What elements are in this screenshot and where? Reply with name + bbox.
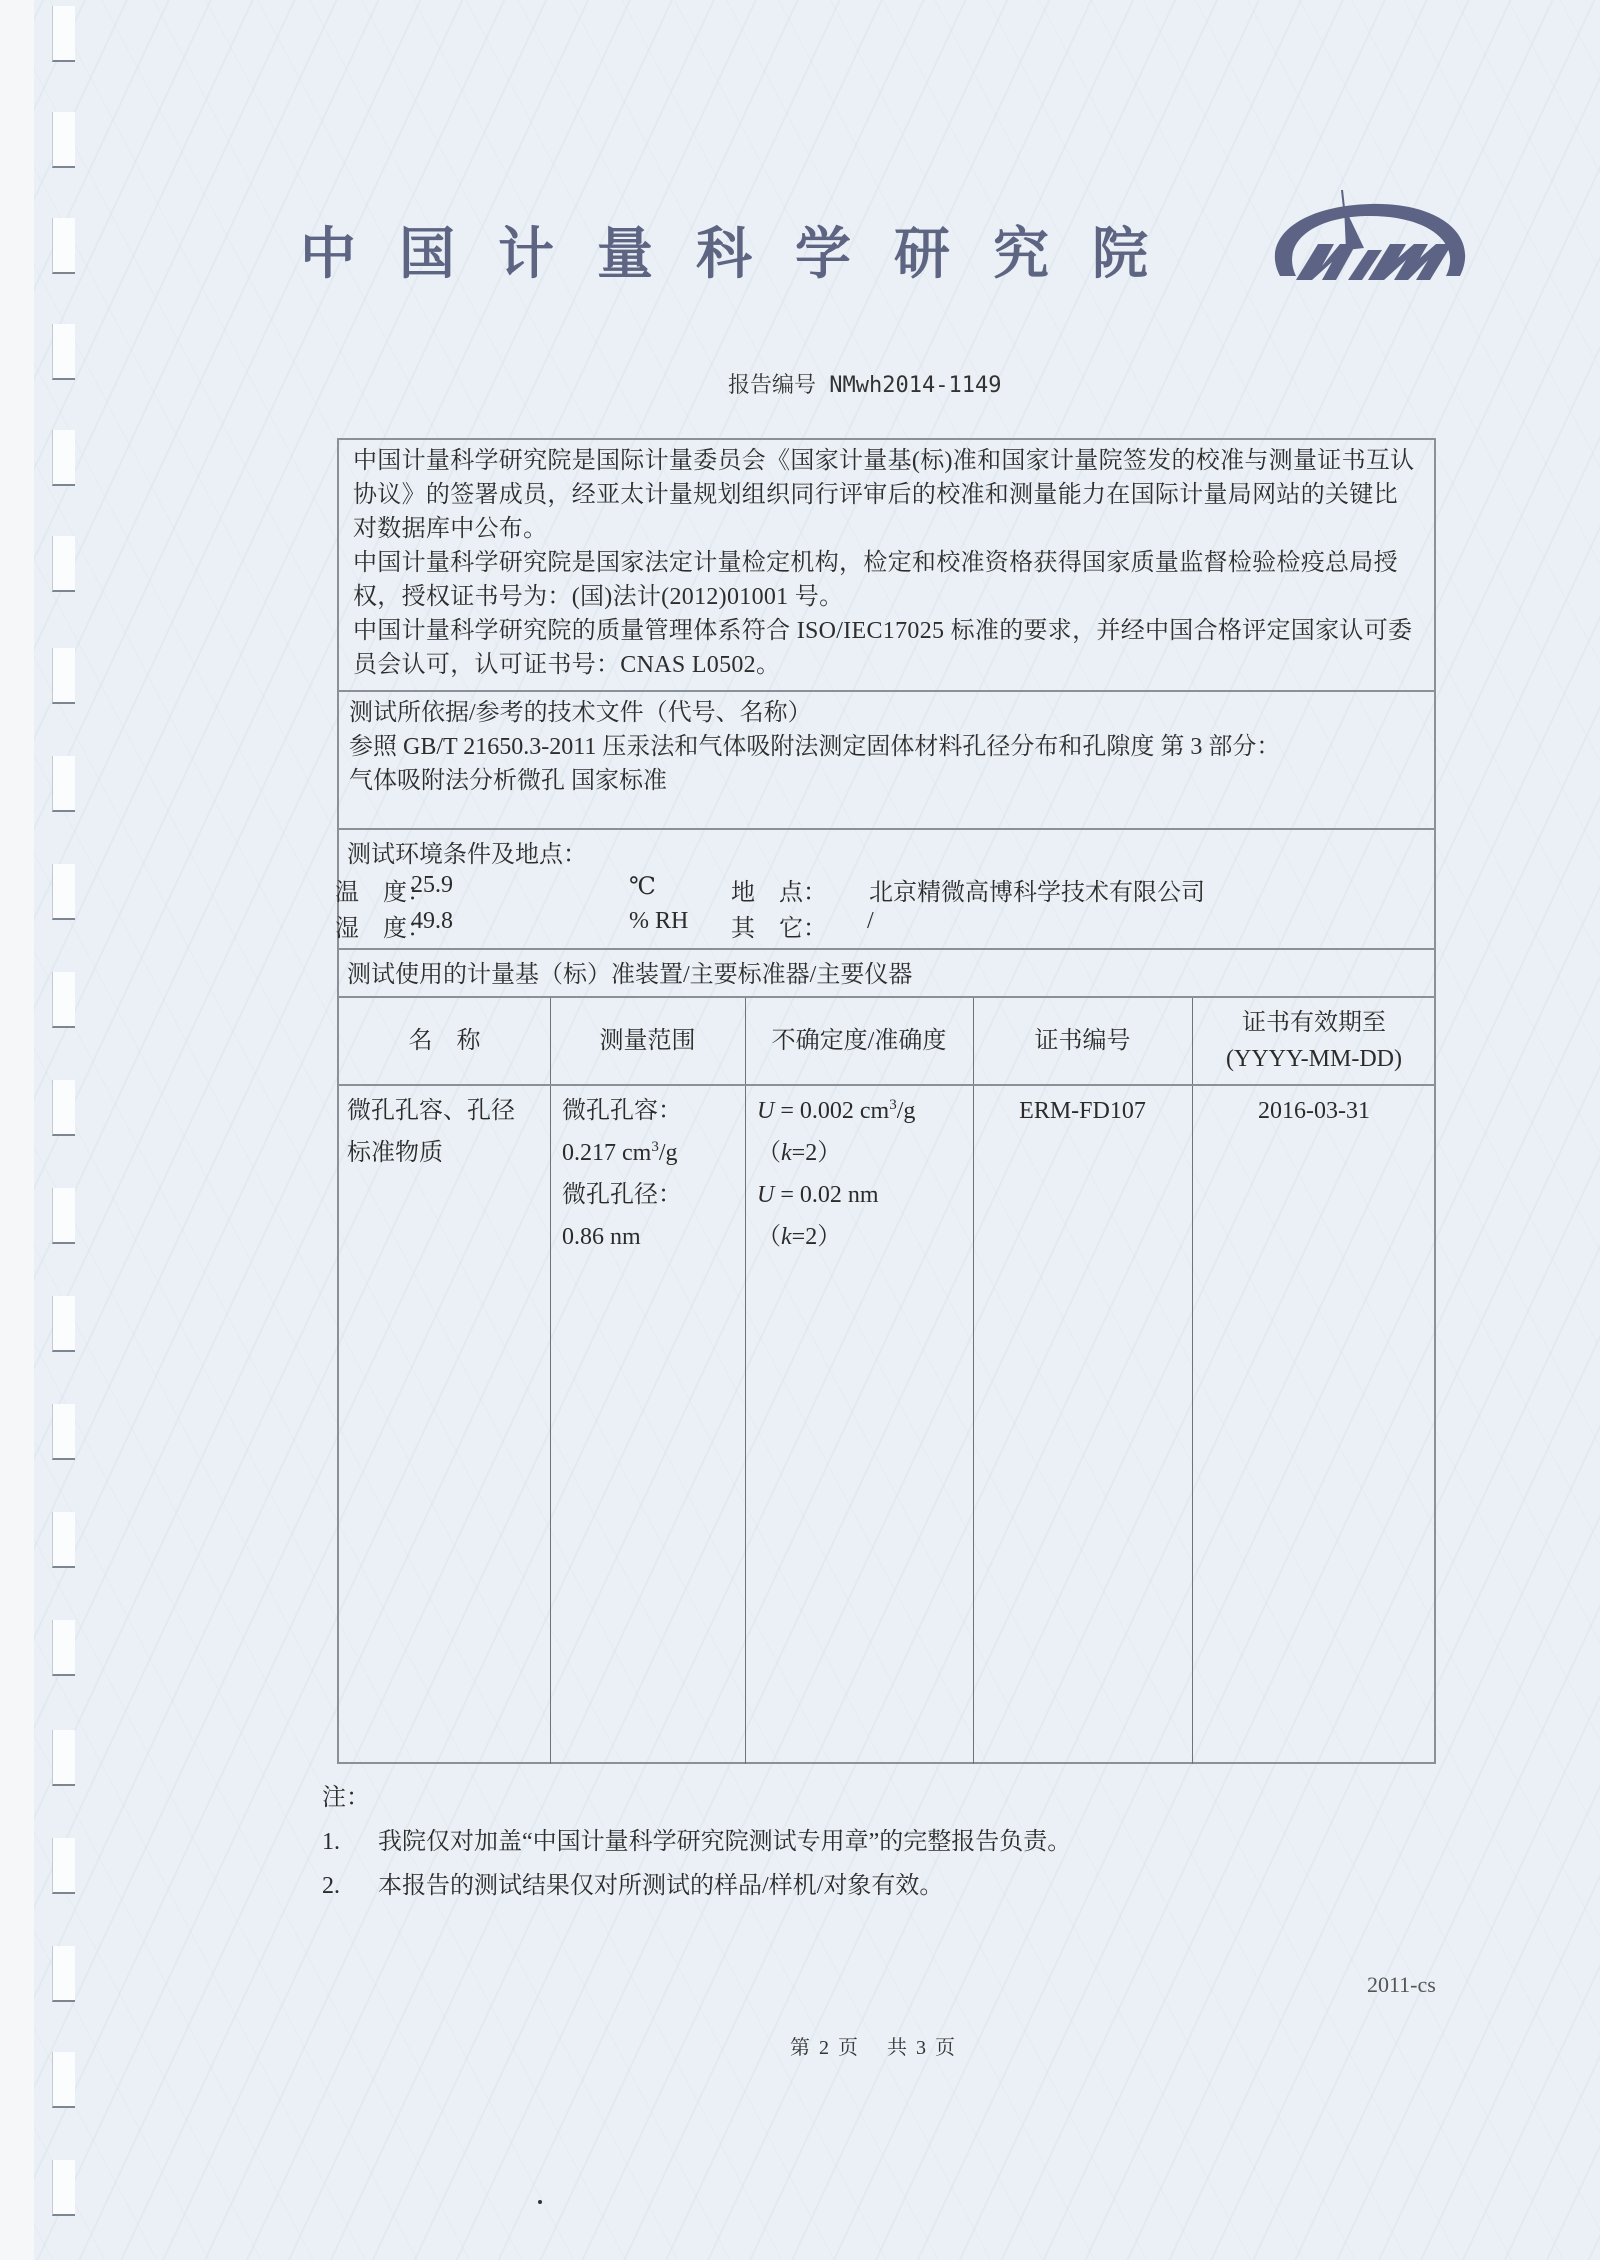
location-label: 地 点： xyxy=(731,872,827,907)
cell-valid-until: 2016-03-31 xyxy=(1192,1090,1436,1132)
basis-text: 测试所依据/参考的技术文件（代号、名称） 参照 GB/T 21650.3-201… xyxy=(349,696,1429,798)
cell-range: 微孔孔容： 0.217 cm3/g 微孔孔径： 0.86 nm xyxy=(562,1090,742,1258)
form-code: 2011-cs xyxy=(1367,1972,1436,1998)
range-value: 0.86 nm xyxy=(562,1216,742,1258)
range-value: 0.217 cm3/g xyxy=(562,1132,742,1174)
location-value: 北京精微高博科学技术有限公司 xyxy=(869,872,1205,907)
binding-hole xyxy=(52,536,75,592)
binding-hole xyxy=(52,1296,75,1352)
note-item: 1. 我院仅对加盖“中国计量科学研究院测试专用章”的完整报告负责。 xyxy=(322,1820,1071,1864)
temperature-unit: ℃ xyxy=(629,872,656,901)
column-header-certificate-no: 证书编号 xyxy=(973,998,1192,1084)
note-text: 我院仅对加盖“中国计量科学研究院测试专用章”的完整报告负责。 xyxy=(378,1829,1071,1855)
institute-name: 中国计量科学研究院 xyxy=(300,210,1191,290)
intro-paragraph: 中国计量科学研究院是国家法定计量检定机构，检定和校准资格获得国家质量监督检验检疫… xyxy=(353,546,1421,614)
name-line: 标准物质 xyxy=(347,1132,547,1174)
binding-hole xyxy=(52,1730,75,1786)
equipment-title-section: 测试使用的计量基（标）准装置/主要标准器/主要仪器 xyxy=(339,950,1434,998)
range-label: 微孔孔容： xyxy=(562,1090,742,1132)
temperature-value: 25.9 xyxy=(411,872,453,899)
coverage-factor: （k=2） xyxy=(757,1132,971,1174)
binding-hole xyxy=(52,1838,75,1894)
environment-title: 测试环境条件及地点： xyxy=(347,838,587,872)
binding-hole xyxy=(52,864,75,920)
other-label: 其 它： xyxy=(731,908,827,943)
range-value-text: 0.217 cm xyxy=(562,1140,651,1166)
column-header-name: 名 称 xyxy=(339,998,550,1084)
uncertainty-value: U = 0.02 nm xyxy=(757,1174,971,1216)
range-value-unit: /g xyxy=(659,1140,678,1166)
binding-hole xyxy=(52,1404,75,1460)
range-label: 微孔孔径： xyxy=(562,1174,742,1216)
coverage-factor: （k=2） xyxy=(757,1216,971,1258)
intro-paragraph: 中国计量科学研究院的质量管理体系符合 ISO/IEC17025 标准的要求，并经… xyxy=(353,614,1421,682)
uncertainty-value: U = 0.002 cm3/g xyxy=(757,1090,971,1132)
note-item: 2. 本报告的测试结果仅对所测试的样品/样机/对象有效。 xyxy=(322,1864,1071,1908)
binding-hole xyxy=(52,218,75,274)
note-number: 2. xyxy=(322,1864,340,1908)
report-number: 报告编号 NMwh2014-1149 xyxy=(728,368,1001,399)
valid-until-format: (YYYY-MM-DD) xyxy=(1226,1041,1402,1077)
column-divider xyxy=(745,998,746,1764)
page-indicator: 第 2 页 共 3 页 xyxy=(790,2031,955,2060)
scan-speck xyxy=(538,2200,542,2204)
binding-hole xyxy=(52,324,75,380)
column-header-range: 测量范围 xyxy=(550,998,745,1084)
uncertainty-text: = 0.02 nm xyxy=(774,1182,878,1208)
humidity-unit: % RH xyxy=(629,908,688,935)
binding-hole xyxy=(52,756,75,812)
binding-hole xyxy=(52,648,75,704)
binding-hole xyxy=(52,2160,75,2216)
header-divider xyxy=(339,1084,1434,1086)
cell-name: 微孔孔容、孔径 标准物质 xyxy=(347,1090,547,1174)
column-header-valid-until: 证书有效期至 (YYYY-MM-DD) xyxy=(1192,998,1436,1084)
notes-section: 注： 1. 我院仅对加盖“中国计量科学研究院测试专用章”的完整报告负责。 2. … xyxy=(322,1776,1071,1908)
valid-until-label: 证书有效期至 xyxy=(1242,1005,1386,1041)
note-text: 本报告的测试结果仅对所测试的样品/样机/对象有效。 xyxy=(378,1873,943,1899)
basis-line: 参照 GB/T 21650.3-2011 压汞法和气体吸附法测定固体材料孔径分布… xyxy=(349,730,1429,764)
nim-logo-icon xyxy=(1260,188,1480,298)
certificate-table: 中国计量科学研究院是国际计量委员会《国家计量基(标)准和国家计量院签发的校准与测… xyxy=(337,438,1436,1764)
uncertainty-symbol: U xyxy=(757,1182,774,1208)
uncertainty-unit: /g xyxy=(897,1098,916,1124)
superscript: 3 xyxy=(889,1097,897,1113)
binding-hole xyxy=(52,1512,75,1568)
environment-section: 测试环境条件及地点： 温 度： 25.9 ℃ 地 点： 北京精微高博科学技术有限… xyxy=(339,830,1434,950)
binding-hole xyxy=(52,1620,75,1676)
equipment-title: 测试使用的计量基（标）准装置/主要标准器/主要仪器 xyxy=(347,958,912,992)
cell-uncertainty: U = 0.002 cm3/g （k=2） U = 0.02 nm （k=2） xyxy=(757,1090,971,1258)
basis-section: 测试所依据/参考的技术文件（代号、名称） 参照 GB/T 21650.3-201… xyxy=(339,692,1434,830)
binding-hole xyxy=(52,2052,75,2108)
binding-hole xyxy=(52,430,75,486)
equipment-table: 名 称 测量范围 不确定度/准确度 证书编号 证书有效期至 (YYYY-MM-D… xyxy=(339,998,1434,1764)
uncertainty-symbol: U xyxy=(757,1098,774,1124)
intro-text: 中国计量科学研究院是国际计量委员会《国家计量基(标)准和国家计量院签发的校准与测… xyxy=(353,444,1421,682)
basis-line: 气体吸附法分析微孔 国家标准 xyxy=(349,764,1429,798)
note-number: 1. xyxy=(322,1820,340,1864)
column-header-uncertainty: 不确定度/准确度 xyxy=(745,998,973,1084)
superscript: 3 xyxy=(651,1139,659,1155)
report-number-value: NMwh2014-1149 xyxy=(829,373,1001,398)
binding-hole xyxy=(52,1946,75,2002)
other-value: / xyxy=(867,908,874,935)
cell-certificate-no: ERM-FD107 xyxy=(973,1090,1192,1132)
notes-title: 注： xyxy=(322,1776,1071,1820)
intro-paragraph: 中国计量科学研究院是国际计量委员会《国家计量基(标)准和国家计量院签发的校准与测… xyxy=(353,444,1421,546)
page-edge xyxy=(0,0,34,2260)
binding-hole xyxy=(52,6,75,62)
binding-hole xyxy=(52,1080,75,1136)
basis-title: 测试所依据/参考的技术文件（代号、名称） xyxy=(349,696,1429,730)
humidity-value: 49.8 xyxy=(411,908,453,935)
uncertainty-text: = 0.002 cm xyxy=(774,1098,889,1124)
column-divider xyxy=(550,998,551,1764)
binding-hole xyxy=(52,112,75,168)
intro-section: 中国计量科学研究院是国际计量委员会《国家计量基(标)准和国家计量院签发的校准与测… xyxy=(339,440,1434,692)
name-line: 微孔孔容、孔径 xyxy=(347,1090,547,1132)
binding-hole xyxy=(52,972,75,1028)
report-number-label: 报告编号 xyxy=(728,373,816,398)
binding-hole xyxy=(52,1188,75,1244)
